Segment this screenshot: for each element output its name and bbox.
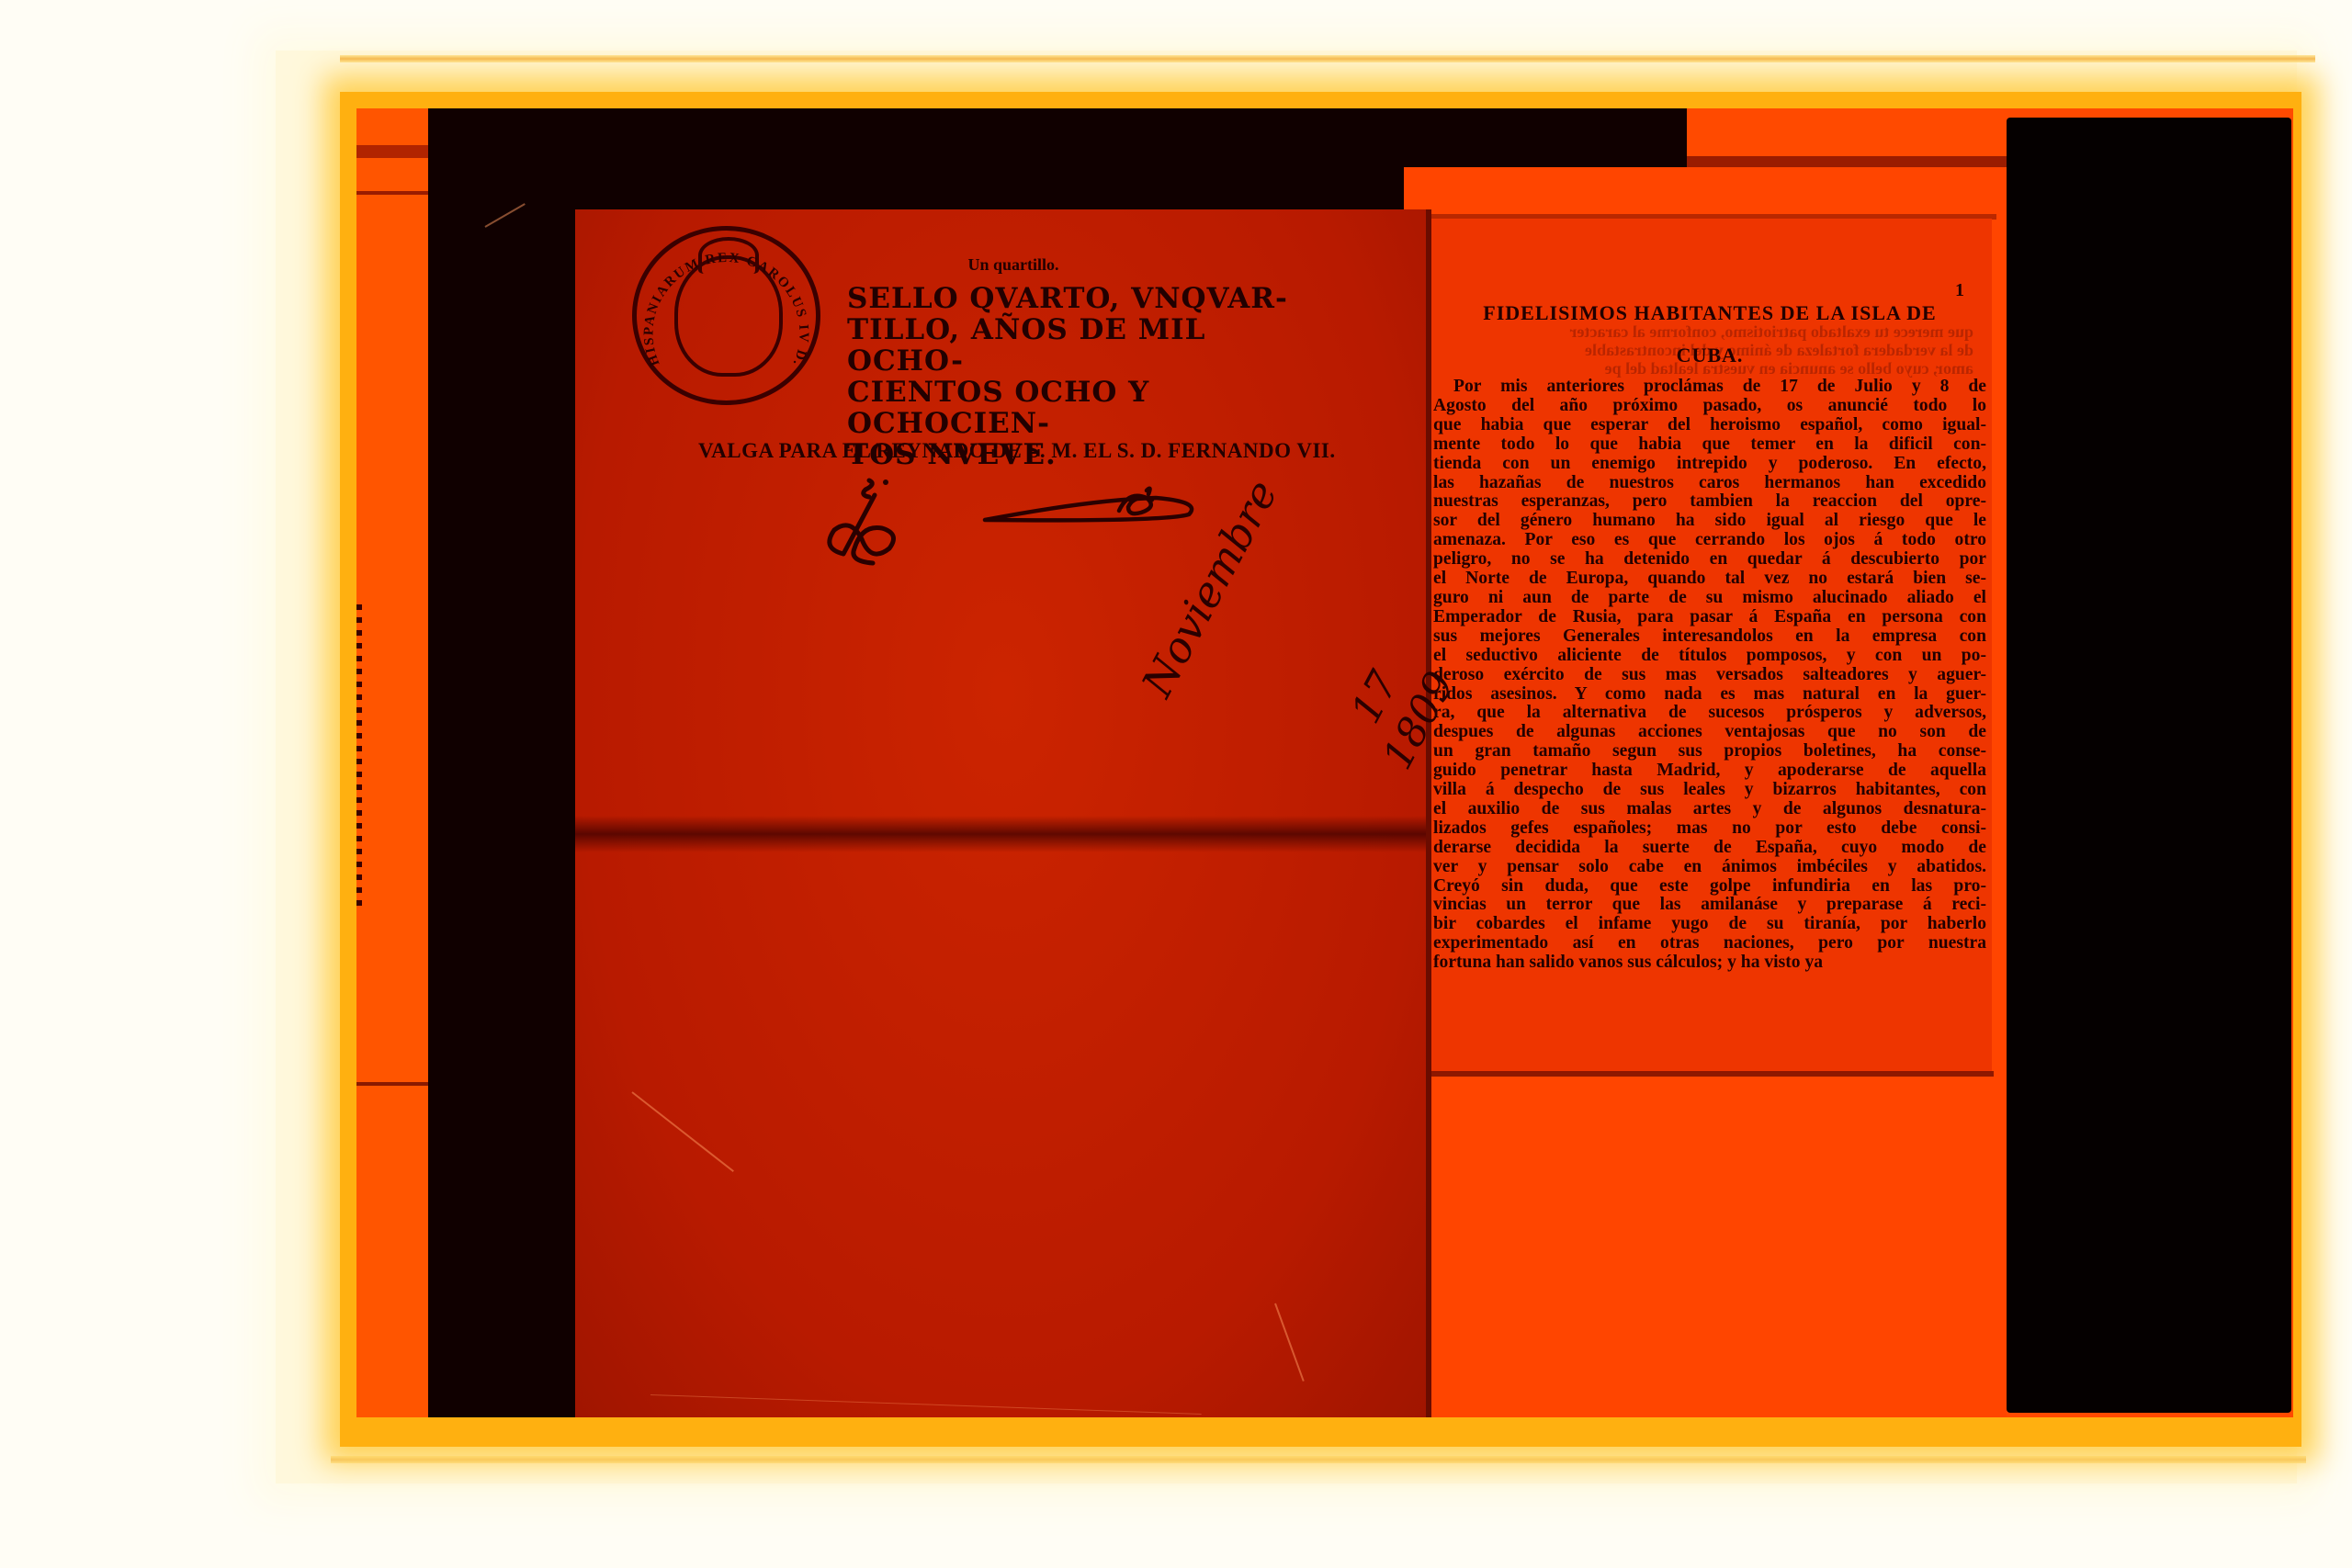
proclamation-line: guro ni aun de parte de su mismo alucina…	[1433, 589, 1986, 608]
proclamation-line: despues de algunas acciones ventajosas q…	[1433, 723, 1986, 742]
proclamation-line: vincias un terror que las amilanáse y pr…	[1433, 896, 1986, 915]
proclamation-line: fortuna han salido vanos sus cálculos; y…	[1433, 953, 1986, 973]
stamp-denomination: Un quartillo.	[908, 255, 1119, 275]
proclamation-line: sus mejores Generales interesandolos en …	[1433, 627, 1986, 647]
heading-line-2: CUBA.	[1433, 334, 1986, 377]
sheet-fold	[575, 816, 1430, 852]
binding-holes	[356, 604, 362, 908]
proclamation-line: ridos asesinos. Y como nada es mas natur…	[1433, 685, 1986, 705]
proclamation-line: sor del género humano ha sido igual al r…	[1433, 512, 1986, 531]
proclamation-line: un gran tamaño segun sus propios boletin…	[1433, 742, 1986, 761]
proclamation-line: nuestras esperanzas, pero tambien la rea…	[1433, 492, 1986, 512]
film-mask-left	[428, 108, 575, 1417]
proclamation-line: derarse decidida la suerte de España, cu…	[1433, 839, 1986, 858]
proclamation-line: tienda con un enemigo intrepido y podero…	[1433, 455, 1986, 474]
heading-line-1: FIDELISIMOS HABITANTES DE LA ISLA DE	[1433, 292, 1986, 334]
proclamation-line: el seductivo aliciente de títulos pompos…	[1433, 647, 1986, 666]
microfilm-photo: que merece tu exaltado patriotismo, conf…	[356, 108, 2293, 1417]
stamp-title-line: TILLO, AÑOS DE MIL OCHO-	[847, 314, 1306, 377]
proclamation-line: el auxilio de sus malas artes y de algun…	[1433, 800, 1986, 819]
strip-edge	[356, 191, 428, 195]
strip-shadow-band	[356, 145, 428, 158]
left-paper-strip	[356, 108, 428, 1417]
proclamation-line: ver y pensar solo cabe en ánimos imbécil…	[1433, 858, 1986, 877]
proclamation-line: lizados gefes españoles; mas no por esto…	[1433, 819, 1986, 839]
reign-line: VALGA PARA EL REYNADO DE S. M. EL S. D. …	[698, 439, 1433, 463]
proclamation-line: guido penetrar hasta Madrid, y apoderars…	[1433, 761, 1986, 781]
signature-rubric-icon	[981, 483, 1202, 529]
proclamation-line: mente todo lo que habia que temer en la …	[1433, 435, 1986, 455]
proclamation-line: Por mis anteriores proclámas de 17 de Ju…	[1433, 378, 1986, 397]
proclamation-body: Por mis anteriores proclámas de 17 de Ju…	[1433, 378, 1986, 973]
proclamation-line: amenaza. Por eso es que cerrando los ojo…	[1433, 531, 1986, 550]
proclamation-line: bir cobardes el infame yugo de su tiraní…	[1433, 915, 1986, 934]
proclamation-line: villa á despecho de sus leales y bizarro…	[1433, 781, 1986, 800]
sheet-edge-shadow	[1426, 209, 1431, 1417]
stamp-title-line: SELLO QVARTO, VNQVAR-	[847, 283, 1306, 314]
proclamation-line: Creyó sin duda, que este golpe infundiri…	[1433, 877, 1986, 897]
strip-fold	[356, 1082, 428, 1086]
proclamation-line: peligro, no se ha detenido en quedar á d…	[1433, 550, 1986, 570]
svg-text:HISPANIARUM REX CAROLUS IV D.G: HISPANIARUM REX CAROLUS IV D.G.	[632, 226, 811, 369]
signature-flourish-icon	[816, 471, 917, 572]
proclamation-line: Agosto del año próximo pasado, os anunci…	[1433, 397, 1986, 416]
film-mask-right	[2007, 118, 2291, 1413]
page-fold-bottom	[1413, 1071, 1994, 1077]
proclamation-heading: FIDELISIMOS HABITANTES DE LA ISLA DE CUB…	[1433, 292, 1986, 377]
film-edge-bottom	[331, 1456, 2306, 1463]
seal-legend: HISPANIARUM REX CAROLUS IV D.G.	[632, 226, 820, 405]
proclamation-line: las hazañas de nuestros caros hermanos h…	[1433, 474, 1986, 493]
proclamation-line: ra, que la alternativa de sucesos próspe…	[1433, 704, 1986, 723]
proclamation-line: deroso exército de sus mas versados salt…	[1433, 666, 1986, 685]
proclamation-line: el Norte de Europa, quando tal vez no es…	[1433, 570, 1986, 589]
film-edge-top	[340, 55, 2315, 62]
proclamation-line: experimentado así en otras naciones, per…	[1433, 934, 1986, 953]
proclamation-line: que habia que esperar del heroismo españ…	[1433, 416, 1986, 435]
stamp-title-line: CIENTOS OCHO Y OCHOCIEN-	[847, 377, 1306, 439]
proclamation-line: Emperador de Rusia, para pasar á España …	[1433, 608, 1986, 627]
